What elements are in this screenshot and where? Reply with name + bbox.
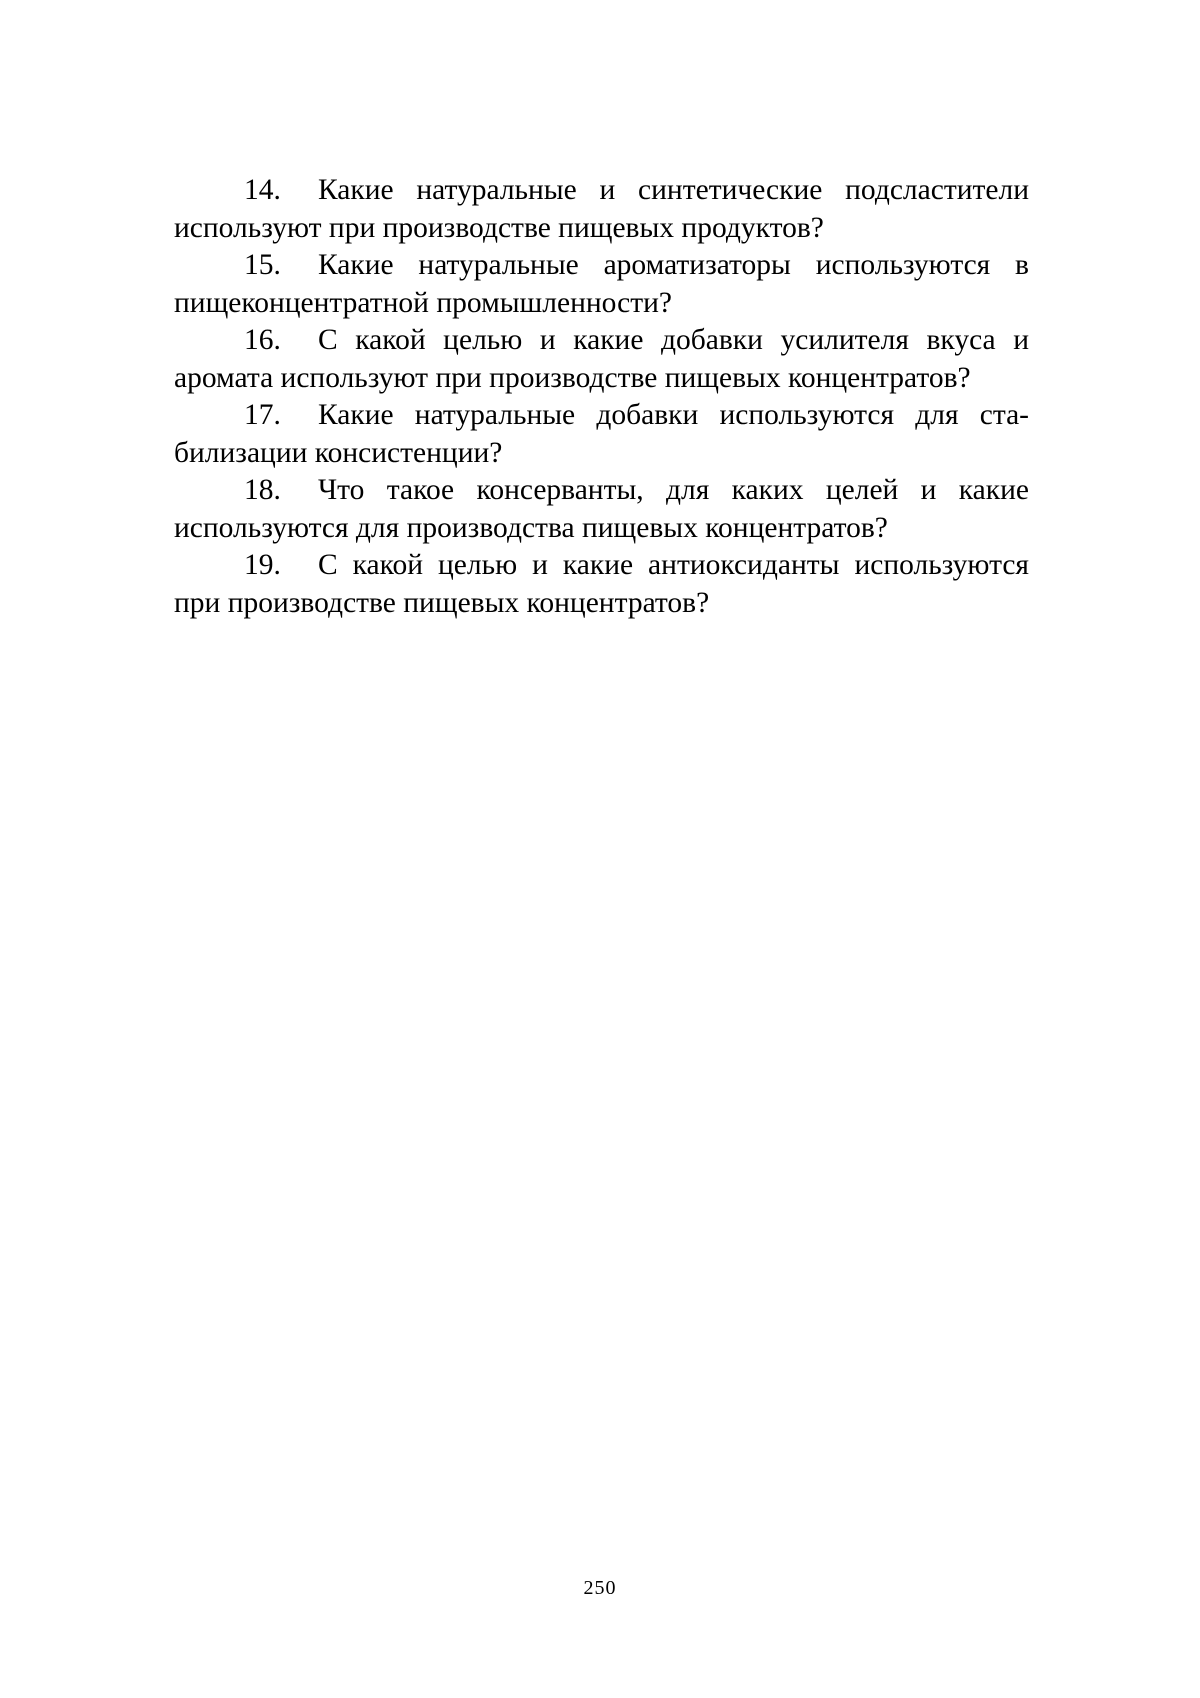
question-15: 15.Какие натуральные ароматизаторы испол…	[174, 247, 1029, 322]
question-number: 17.	[244, 397, 318, 435]
question-number: 15.	[244, 247, 318, 285]
question-19: 19.С какой целью и какие антиоксиданты и…	[174, 547, 1029, 622]
question-number: 16.	[244, 322, 318, 360]
question-14: 14.Какие натуральные и синтетические под…	[174, 172, 1029, 247]
question-17: 17.Какие натуральные добавки используютс…	[174, 397, 1029, 472]
question-list: 14.Какие натуральные и синтетические под…	[174, 172, 1029, 622]
question-number: 18.	[244, 472, 318, 510]
page-number: 250	[0, 1577, 1200, 1600]
question-18: 18.Что такое консерванты, для каких целе…	[174, 472, 1029, 547]
question-number: 14.	[244, 172, 318, 210]
question-number: 19.	[244, 547, 318, 585]
question-16: 16.С какой целью и какие добавки усилите…	[174, 322, 1029, 397]
